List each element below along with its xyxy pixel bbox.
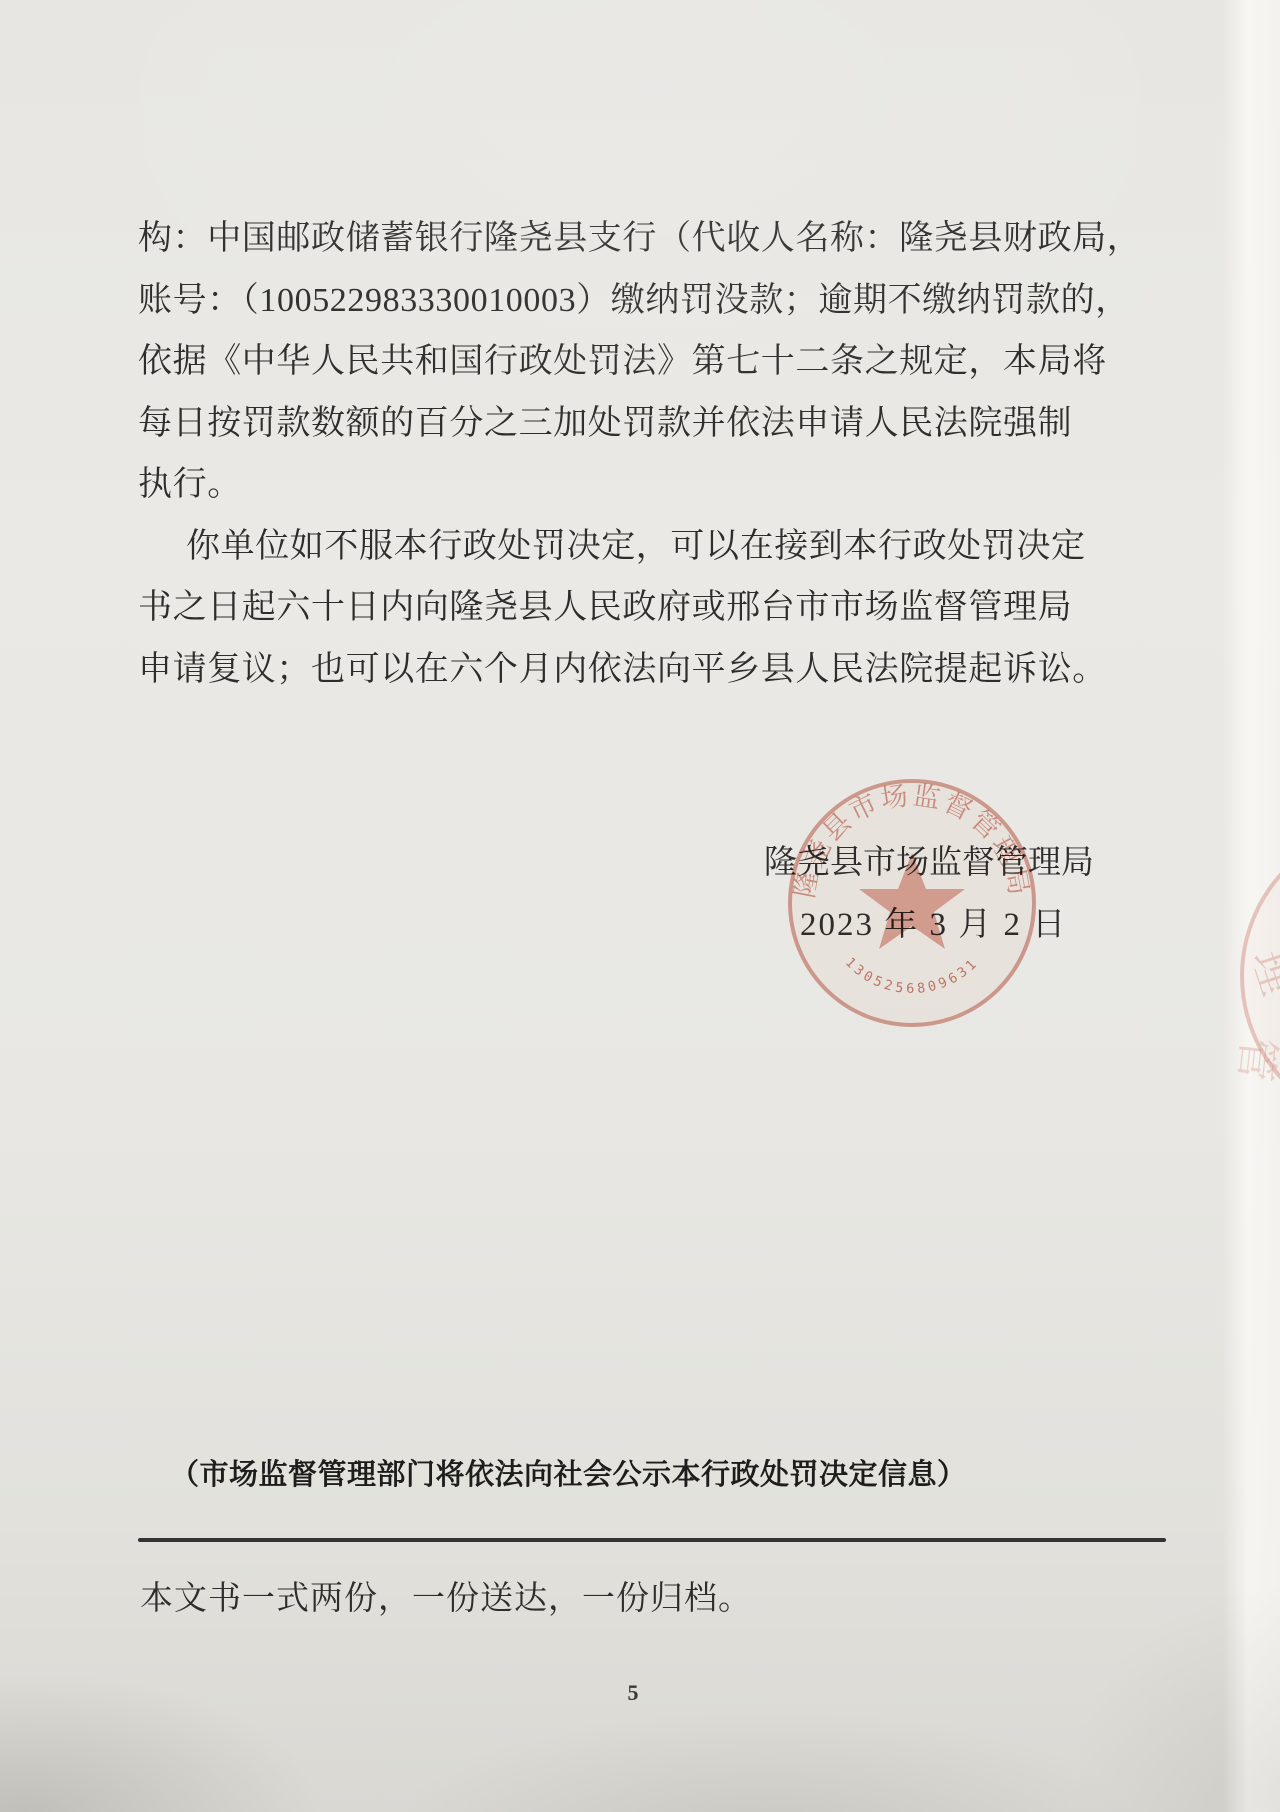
body-line: 账号：（100522983330010003）缴纳罚没款；逾期不缴纳罚款的， (138, 270, 1080, 332)
body-line: 依据《中华人民共和国行政处罚法》第七十二条之规定，本局将 (138, 331, 1080, 393)
body-line: 构：中国邮政储蓄银行隆尧县支行（代收人名称：隆尧县财政局， (138, 208, 1080, 270)
body-line: 书之日起六十日内向隆尧县人民政府或邢台市市场监督管理局 (138, 577, 1080, 639)
body-line: 你单位如不服本行政处罚决定，可以在接到本行政处罚决定 (138, 516, 1080, 578)
public-disclosure-notice: （市场监督管理部门将依法向社会公示本行政处罚决定信息） (170, 1452, 967, 1493)
body-line: 申请复议；也可以在六个月内依法向平乡县人民法院提起诉讼。 (138, 639, 1080, 701)
signature-agency-name: 隆尧县市场监督管理局 (764, 836, 1094, 883)
signature-date: 2023 年 3 月 2 日 (800, 898, 1067, 945)
stamp-code: 1305256809631 (842, 955, 982, 997)
page-number: 5 (0, 1680, 1266, 1706)
footer-divider (138, 1538, 1166, 1542)
copies-note: 本文书一式两份，一份送达，一份归档。 (140, 1572, 752, 1619)
scanned-document-page: 构：中国邮政储蓄银行隆尧县支行（代收人名称：隆尧县财政局， 账号：（100522… (0, 0, 1280, 1812)
body-line: 每日按罚款数额的百分之三加处罚款并依法申请人民法院强制 (138, 393, 1080, 455)
document-body: 构：中国邮政储蓄银行隆尧县支行（代收人名称：隆尧县财政局， 账号：（100522… (138, 208, 1080, 700)
partial-stamp-glyph: 管 (1228, 1035, 1280, 1084)
partial-seal-stamp: 理 管 (1224, 806, 1280, 1146)
body-line: 执行。 (138, 454, 1080, 516)
partial-stamp-glyph: 理 (1242, 944, 1280, 1002)
